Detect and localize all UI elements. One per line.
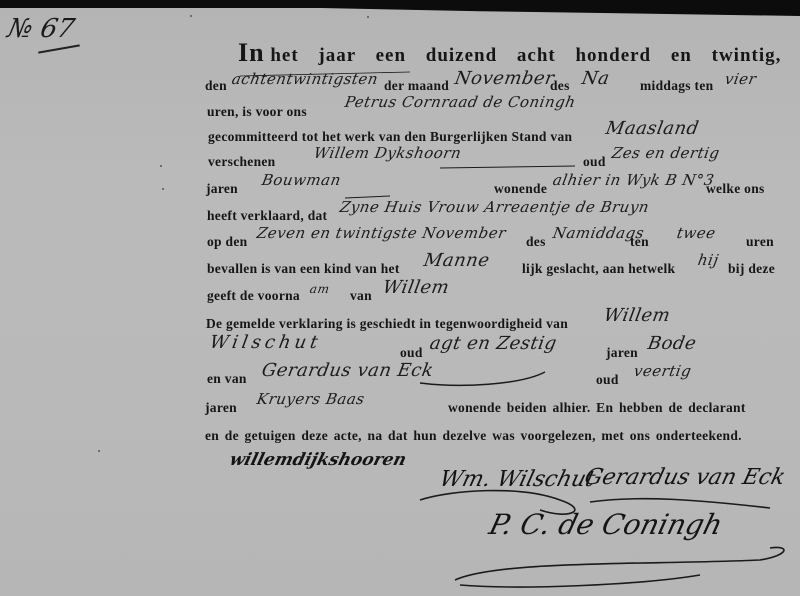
signature-flourishes — [0, 0, 800, 596]
